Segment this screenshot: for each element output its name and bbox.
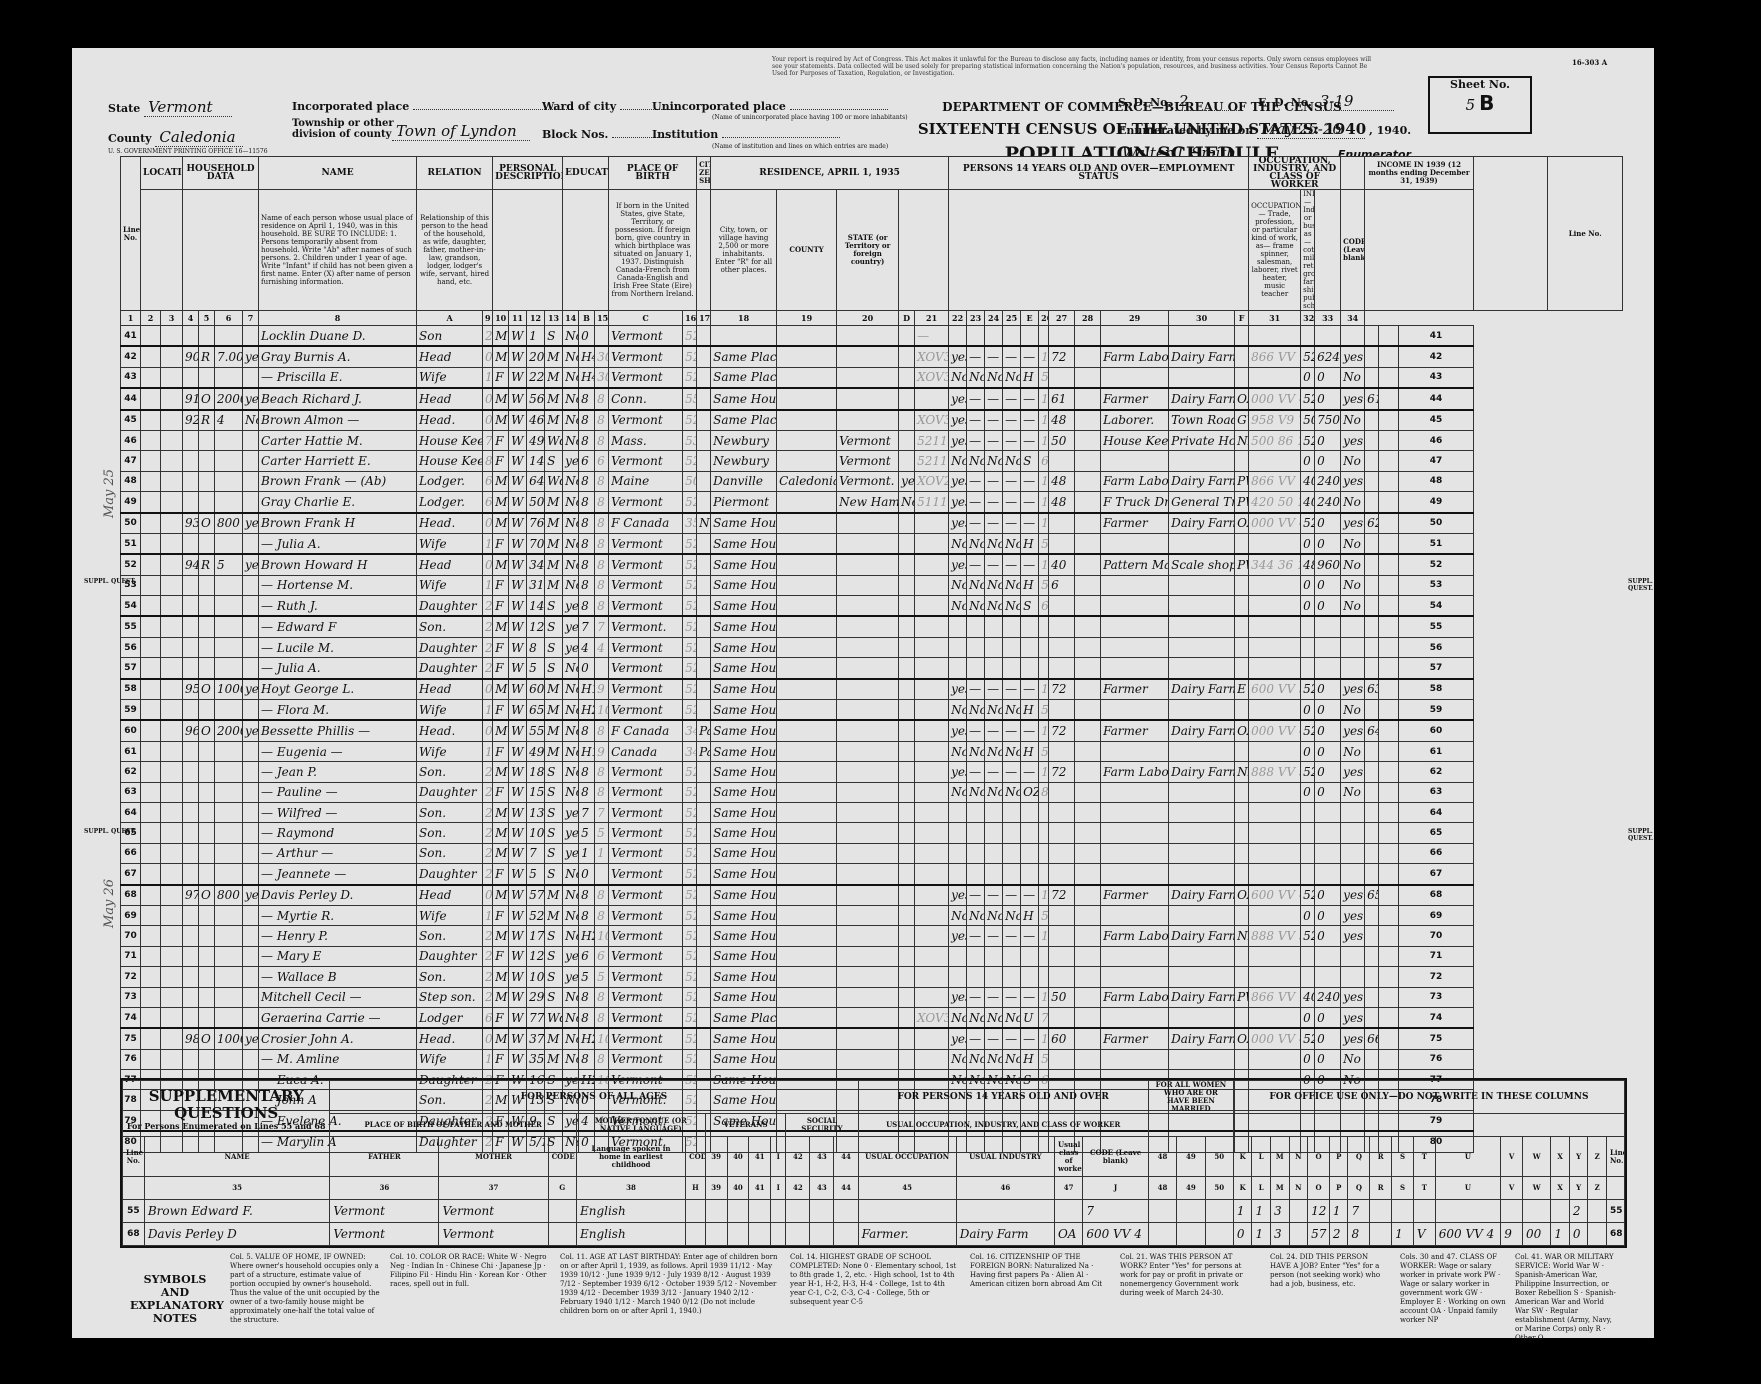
res_city-cell[interactable]: Same Place	[711, 346, 777, 367]
rel-cell[interactable]: Son.	[417, 926, 483, 946]
c27-cell[interactable]	[1075, 782, 1101, 802]
res_city-cell[interactable]	[711, 326, 777, 347]
d-cell[interactable]	[915, 905, 949, 925]
c-cell[interactable]: 52	[683, 451, 697, 471]
birth-cell[interactable]: Vermont	[609, 926, 683, 946]
c22-cell[interactable]: —	[967, 885, 985, 906]
b-cell[interactable]: 9	[595, 741, 609, 761]
c31-cell[interactable]: 40	[1301, 492, 1315, 513]
c27-cell[interactable]	[1075, 987, 1101, 1007]
c21-cell[interactable]	[949, 658, 967, 679]
d-cell[interactable]	[915, 700, 949, 721]
c33-cell[interactable]: No	[1341, 367, 1365, 388]
street-cell[interactable]	[141, 658, 161, 679]
sex-cell[interactable]: M	[493, 1028, 509, 1049]
line-number-right[interactable]: 76	[1399, 1049, 1474, 1069]
hh-cell[interactable]	[183, 1007, 199, 1028]
res_county-cell[interactable]	[777, 946, 837, 966]
occ-cell[interactable]	[1101, 946, 1169, 966]
c26-cell[interactable]	[1049, 843, 1075, 863]
race-cell[interactable]: W	[509, 471, 527, 491]
c31-cell[interactable]: 52	[1301, 430, 1315, 450]
own-cell[interactable]	[199, 596, 215, 617]
sch-cell[interactable]: yes	[563, 596, 579, 617]
grade-cell[interactable]: 8	[579, 1049, 595, 1069]
race-cell[interactable]: W	[509, 575, 527, 595]
sch-cell[interactable]: No	[563, 554, 579, 575]
grade-cell[interactable]: 8	[579, 1007, 595, 1028]
c-cell[interactable]: 52	[683, 926, 697, 946]
a-cell[interactable]: 2	[483, 326, 493, 347]
occ-cell[interactable]	[1101, 864, 1169, 885]
res_state-cell[interactable]	[837, 946, 899, 966]
res_city-cell[interactable]: Same Place	[711, 1007, 777, 1028]
c31-cell[interactable]: 0	[1301, 1007, 1315, 1028]
res_city-cell[interactable]: Same House	[711, 1049, 777, 1069]
c27-cell[interactable]	[1075, 741, 1101, 761]
c25-cell[interactable]: —	[1021, 471, 1039, 491]
street-cell[interactable]	[141, 1028, 161, 1049]
extra-cell[interactable]	[1379, 451, 1399, 471]
res_state-cell[interactable]	[837, 388, 899, 409]
own-cell[interactable]: O	[199, 720, 215, 741]
line-number-right[interactable]: 66	[1399, 843, 1474, 863]
c25-cell[interactable]	[1021, 658, 1039, 679]
birth-cell[interactable]: Canada	[609, 741, 683, 761]
house-number-cell[interactable]	[161, 430, 183, 450]
supp-father-cell[interactable]: Vermont	[330, 1200, 439, 1223]
enumerated-date[interactable]: May 25-26	[1257, 120, 1365, 139]
farm-cell[interactable]	[243, 575, 259, 595]
res_city-cell[interactable]: Same House	[711, 802, 777, 822]
house-number-cell[interactable]	[161, 679, 183, 700]
grade-cell[interactable]: 8	[579, 575, 595, 595]
val-cell[interactable]: 2000	[215, 388, 243, 409]
sch-cell[interactable]: No	[563, 1049, 579, 1069]
c33-cell[interactable]: No	[1341, 410, 1365, 431]
c31-cell[interactable]: 52	[1301, 926, 1315, 946]
a-cell[interactable]: 2	[483, 946, 493, 966]
grade-cell[interactable]: 8	[579, 430, 595, 450]
d-cell[interactable]	[915, 741, 949, 761]
hh-cell[interactable]	[183, 946, 199, 966]
age-cell[interactable]: 14	[527, 451, 545, 471]
a-cell[interactable]: 7	[483, 430, 493, 450]
c32-cell[interactable]	[1315, 843, 1341, 863]
res_state-cell[interactable]	[837, 782, 899, 802]
f-cell[interactable]: 866 VV 1	[1249, 346, 1301, 367]
c23-cell[interactable]: —	[985, 1028, 1003, 1049]
c31-cell[interactable]	[1301, 946, 1315, 966]
ind-cell[interactable]: Scale shop.	[1169, 554, 1235, 575]
f-cell[interactable]	[1249, 1007, 1301, 1028]
c-cell[interactable]: 52	[683, 658, 697, 679]
street-cell[interactable]	[141, 700, 161, 721]
cit-cell[interactable]	[697, 905, 711, 925]
c25-cell[interactable]: —	[1021, 720, 1039, 741]
house-number-cell[interactable]	[161, 637, 183, 657]
hh-cell[interactable]	[183, 967, 199, 987]
supp-u-cell[interactable]	[1435, 1200, 1500, 1223]
c34-cell[interactable]	[1365, 637, 1379, 657]
grade-cell[interactable]: 8	[579, 762, 595, 782]
house-number-cell[interactable]	[161, 533, 183, 554]
c33-cell[interactable]: yes	[1341, 346, 1365, 367]
cls-cell[interactable]: GW	[1235, 410, 1249, 431]
res_county-cell[interactable]	[777, 823, 837, 843]
cls-cell[interactable]	[1235, 946, 1249, 966]
res_county-cell[interactable]	[777, 967, 837, 987]
grade-cell[interactable]: 8	[579, 533, 595, 554]
c-cell[interactable]: 52	[683, 967, 697, 987]
c21-cell[interactable]: yes	[949, 679, 967, 700]
c33-cell[interactable]	[1341, 616, 1365, 637]
line-number-right[interactable]: 41	[1399, 326, 1474, 347]
c27-cell[interactable]	[1075, 367, 1101, 388]
res_county-cell[interactable]	[777, 367, 837, 388]
res_county-cell[interactable]	[777, 802, 837, 822]
race-cell[interactable]: W	[509, 843, 527, 863]
cit-cell[interactable]	[697, 596, 711, 617]
age-cell[interactable]: 65	[527, 700, 545, 721]
supp-o-cell[interactable]: 57	[1308, 1223, 1330, 1246]
c21-cell[interactable]	[949, 843, 967, 863]
supp-lang-cell[interactable]: English	[576, 1200, 685, 1223]
c34-cell[interactable]	[1365, 946, 1379, 966]
sch-cell[interactable]: yes	[563, 843, 579, 863]
name-cell[interactable]: Gray Charlie E.	[259, 492, 417, 513]
c34-cell[interactable]: 64	[1365, 720, 1379, 741]
mar-cell[interactable]: S	[545, 802, 563, 822]
a-cell[interactable]: 0	[483, 513, 493, 534]
res_state-cell[interactable]: Vermont	[837, 430, 899, 450]
supp-o-cell[interactable]: 12	[1308, 1200, 1330, 1223]
c26-cell[interactable]	[1049, 700, 1075, 721]
occ-cell[interactable]: F Truck Driving	[1101, 492, 1169, 513]
c31-cell[interactable]: 0	[1301, 451, 1315, 471]
cls-cell[interactable]: OA	[1235, 513, 1249, 534]
a-cell[interactable]: 2	[483, 802, 493, 822]
cit-cell[interactable]	[697, 802, 711, 822]
c32-cell[interactable]: 0	[1315, 905, 1341, 925]
b-cell[interactable]: 5	[595, 823, 609, 843]
hh-cell[interactable]: 93	[183, 513, 199, 534]
res_city-cell[interactable]: Danville	[711, 471, 777, 491]
c21-cell[interactable]: yes	[949, 762, 967, 782]
own-cell[interactable]	[199, 926, 215, 946]
supp-cls-cell[interactable]	[1054, 1200, 1082, 1223]
res_state-cell[interactable]: Vermont	[837, 451, 899, 471]
extra-cell[interactable]	[1379, 367, 1399, 388]
f-cell[interactable]	[1249, 326, 1301, 347]
a-cell[interactable]: 2	[483, 596, 493, 617]
c24-cell[interactable]: No	[1003, 575, 1021, 595]
b-cell[interactable]: 8	[595, 533, 609, 554]
c27-cell[interactable]	[1075, 926, 1101, 946]
c27-cell[interactable]	[1075, 885, 1101, 906]
mar-cell[interactable]: M	[545, 492, 563, 513]
name-cell[interactable]: Geraerina Carrie —	[259, 1007, 417, 1028]
house-number-cell[interactable]	[161, 326, 183, 347]
res_city-cell[interactable]: Same Place	[711, 410, 777, 431]
sex-cell[interactable]: F	[493, 596, 509, 617]
farm-cell[interactable]	[243, 843, 259, 863]
cls-cell[interactable]: E	[1235, 679, 1249, 700]
b-cell[interactable]: 10	[595, 926, 609, 946]
res_state-cell[interactable]	[837, 700, 899, 721]
d-cell[interactable]	[915, 967, 949, 987]
f-cell[interactable]: 500 86 1	[1249, 430, 1301, 450]
f-cell[interactable]: 888 VV 5	[1249, 926, 1301, 946]
extra-cell[interactable]	[1379, 471, 1399, 491]
f-cell[interactable]	[1249, 843, 1301, 863]
supp-line-number[interactable]: 68	[123, 1223, 145, 1246]
own-cell[interactable]	[199, 782, 215, 802]
res_county-cell[interactable]	[777, 533, 837, 554]
f-cell[interactable]	[1249, 905, 1301, 925]
c26-cell[interactable]: 40	[1049, 554, 1075, 575]
sch-cell[interactable]: No	[563, 388, 579, 409]
line-number-right[interactable]: 53	[1399, 575, 1474, 595]
f-cell[interactable]: 344 36 1	[1249, 554, 1301, 575]
rel-cell[interactable]: Daughter	[417, 946, 483, 966]
cls-cell[interactable]	[1235, 596, 1249, 617]
res_farm-cell[interactable]	[899, 720, 915, 741]
res_county-cell[interactable]	[777, 492, 837, 513]
c23-cell[interactable]	[985, 326, 1003, 347]
name-cell[interactable]: — Flora M.	[259, 700, 417, 721]
f-cell[interactable]	[1249, 367, 1301, 388]
farm-cell[interactable]	[243, 967, 259, 987]
d-cell[interactable]: 5211	[915, 430, 949, 450]
grade-cell[interactable]: H2	[579, 700, 595, 721]
c34-cell[interactable]	[1365, 575, 1379, 595]
birth-cell[interactable]: Vermont	[609, 905, 683, 925]
house-number-cell[interactable]	[161, 451, 183, 471]
c31-cell[interactable]: 52	[1301, 885, 1315, 906]
c23-cell[interactable]: No	[985, 575, 1003, 595]
c34-cell[interactable]	[1365, 905, 1379, 925]
c25-cell[interactable]: H	[1021, 367, 1039, 388]
c-cell[interactable]: 52	[683, 410, 697, 431]
extra-cell[interactable]	[1379, 679, 1399, 700]
rel-cell[interactable]: Wife	[417, 575, 483, 595]
name-cell[interactable]: — Myrtie R.	[259, 905, 417, 925]
own-cell[interactable]	[199, 987, 215, 1007]
house-number-cell[interactable]	[161, 823, 183, 843]
c25-cell[interactable]: H	[1021, 575, 1039, 595]
rel-cell[interactable]: Head.	[417, 720, 483, 741]
c21-cell[interactable]: No	[949, 596, 967, 617]
hh-cell[interactable]	[183, 823, 199, 843]
res_city-cell[interactable]: Same House	[711, 637, 777, 657]
res_county-cell[interactable]	[777, 575, 837, 595]
age-cell[interactable]: 12	[527, 946, 545, 966]
ind-cell[interactable]: Dairy Farm	[1169, 679, 1235, 700]
e-cell[interactable]: 1	[1039, 513, 1049, 534]
res_state-cell[interactable]	[837, 720, 899, 741]
own-cell[interactable]	[199, 741, 215, 761]
supp-line-number-right[interactable]: 55	[1607, 1200, 1625, 1223]
age-cell[interactable]: 70	[527, 533, 545, 554]
cit-cell[interactable]	[697, 430, 711, 450]
occ-cell[interactable]	[1101, 843, 1169, 863]
hh-cell[interactable]	[183, 451, 199, 471]
c-cell[interactable]: 52	[683, 1007, 697, 1028]
grade-cell[interactable]: 5	[579, 967, 595, 987]
sex-cell[interactable]: M	[493, 513, 509, 534]
line-number[interactable]: 42	[121, 346, 141, 367]
extra-cell[interactable]	[1379, 905, 1399, 925]
sch-cell[interactable]: No	[563, 471, 579, 491]
occ-cell[interactable]: Farmer	[1101, 885, 1169, 906]
farm-cell[interactable]: yes	[243, 513, 259, 534]
supp-c48-cell[interactable]	[1148, 1223, 1176, 1246]
line-number[interactable]: 71	[121, 946, 141, 966]
cls-cell[interactable]	[1235, 905, 1249, 925]
birth-cell[interactable]: Vermont	[609, 326, 683, 347]
c23-cell[interactable]	[985, 967, 1003, 987]
street-cell[interactable]	[141, 926, 161, 946]
res_state-cell[interactable]	[837, 885, 899, 906]
res_state-cell[interactable]: New Hampshire	[837, 492, 899, 513]
b-cell[interactable]: 8	[595, 513, 609, 534]
c27-cell[interactable]	[1075, 492, 1101, 513]
sex-cell[interactable]: M	[493, 410, 509, 431]
b-cell[interactable]: 8	[595, 554, 609, 575]
cls-cell[interactable]: NP	[1235, 762, 1249, 782]
rel-cell[interactable]: Wife	[417, 700, 483, 721]
line-number-right[interactable]: 58	[1399, 679, 1474, 700]
mar-cell[interactable]: M	[545, 575, 563, 595]
occ-cell[interactable]	[1101, 658, 1169, 679]
sch-cell[interactable]: yes	[563, 616, 579, 637]
sch-cell[interactable]: No	[563, 905, 579, 925]
e-cell[interactable]	[1039, 637, 1049, 657]
rel-cell[interactable]: House Keeper's Daughter	[417, 451, 483, 471]
c24-cell[interactable]: No	[1003, 533, 1021, 554]
hh-cell[interactable]	[183, 864, 199, 885]
c22-cell[interactable]	[967, 946, 985, 966]
extra-cell[interactable]	[1379, 720, 1399, 741]
e-cell[interactable]: 5	[1039, 700, 1049, 721]
house-number-cell[interactable]	[161, 658, 183, 679]
age-cell[interactable]: 35	[527, 1049, 545, 1069]
c26-cell[interactable]: 48	[1049, 492, 1075, 513]
res_farm-cell[interactable]	[899, 802, 915, 822]
supp-h-cell[interactable]	[686, 1200, 706, 1223]
line-number-right[interactable]: 45	[1399, 410, 1474, 431]
extra-cell[interactable]	[1379, 987, 1399, 1007]
cit-cell[interactable]	[697, 637, 711, 657]
extra-cell[interactable]	[1379, 700, 1399, 721]
res_county-cell[interactable]	[777, 1007, 837, 1028]
line-number[interactable]: 60	[121, 720, 141, 741]
street-cell[interactable]	[141, 326, 161, 347]
c33-cell[interactable]	[1341, 658, 1365, 679]
c21-cell[interactable]: yes	[949, 926, 967, 946]
occ-cell[interactable]: Farm Laborer	[1101, 346, 1169, 367]
line-number[interactable]: 65	[121, 823, 141, 843]
f-cell[interactable]: 420 50 1	[1249, 492, 1301, 513]
sch-cell[interactable]: No	[563, 346, 579, 367]
res_county-cell[interactable]	[777, 1028, 837, 1049]
res_city-cell[interactable]: Newbury	[711, 430, 777, 450]
farm-cell[interactable]: yes	[243, 720, 259, 741]
f-cell[interactable]	[1249, 1049, 1301, 1069]
res_state-cell[interactable]	[837, 1028, 899, 1049]
val-cell[interactable]	[215, 762, 243, 782]
birth-cell[interactable]: Maine	[609, 471, 683, 491]
c21-cell[interactable]	[949, 616, 967, 637]
street-cell[interactable]	[141, 430, 161, 450]
age-cell[interactable]: 17	[527, 926, 545, 946]
c31-cell[interactable]	[1301, 823, 1315, 843]
c-cell[interactable]: 53	[683, 430, 697, 450]
res_farm-cell[interactable]	[899, 762, 915, 782]
c-cell[interactable]: 52	[683, 1028, 697, 1049]
c21-cell[interactable]: yes	[949, 987, 967, 1007]
c27-cell[interactable]	[1075, 596, 1101, 617]
f-cell[interactable]	[1249, 823, 1301, 843]
val-cell[interactable]	[215, 326, 243, 347]
e-cell[interactable]	[1039, 326, 1049, 347]
c26-cell[interactable]	[1049, 802, 1075, 822]
cls-cell[interactable]	[1235, 1049, 1249, 1069]
street-cell[interactable]	[141, 782, 161, 802]
a-cell[interactable]: 1	[483, 533, 493, 554]
race-cell[interactable]: W	[509, 596, 527, 617]
res_city-cell[interactable]: Same House	[711, 1028, 777, 1049]
supp-x-cell[interactable]	[1551, 1200, 1570, 1223]
c34-cell[interactable]	[1365, 471, 1379, 491]
cit-cell[interactable]	[697, 967, 711, 987]
birth-cell[interactable]: Vermont	[609, 451, 683, 471]
a-cell[interactable]: 2	[483, 926, 493, 946]
occ-cell[interactable]: House Keeper	[1101, 430, 1169, 450]
farm-cell[interactable]	[243, 864, 259, 885]
a-cell[interactable]: 0	[483, 410, 493, 431]
c26-cell[interactable]: 50	[1049, 987, 1075, 1007]
name-cell[interactable]: Locklin Duane D.	[259, 326, 417, 347]
val-cell[interactable]	[215, 905, 243, 925]
c24-cell[interactable]: No	[1003, 700, 1021, 721]
farm-cell[interactable]	[243, 637, 259, 657]
extra-cell[interactable]	[1379, 843, 1399, 863]
c26-cell[interactable]: 72	[1049, 346, 1075, 367]
age-cell[interactable]: 10	[527, 967, 545, 987]
c31-cell[interactable]	[1301, 637, 1315, 657]
c-cell[interactable]: 52	[683, 367, 697, 388]
res_city-cell[interactable]: Same House	[711, 658, 777, 679]
ind-cell[interactable]	[1169, 843, 1235, 863]
mar-cell[interactable]: Wd	[545, 1007, 563, 1028]
own-cell[interactable]: O	[199, 885, 215, 906]
sch-cell[interactable]: yes	[563, 451, 579, 471]
c27-cell[interactable]	[1075, 1049, 1101, 1069]
a-cell[interactable]: 1	[483, 575, 493, 595]
street-cell[interactable]	[141, 679, 161, 700]
own-cell[interactable]	[199, 616, 215, 637]
rel-cell[interactable]: Wife	[417, 367, 483, 388]
sex-cell[interactable]: M	[493, 492, 509, 513]
c34-cell[interactable]	[1365, 410, 1379, 431]
supp-j-cell[interactable]: 7	[1083, 1200, 1148, 1223]
house-number-cell[interactable]	[161, 864, 183, 885]
f-cell[interactable]: 958 V9 7	[1249, 410, 1301, 431]
c26-cell[interactable]	[1049, 905, 1075, 925]
age-cell[interactable]: 29	[527, 987, 545, 1007]
